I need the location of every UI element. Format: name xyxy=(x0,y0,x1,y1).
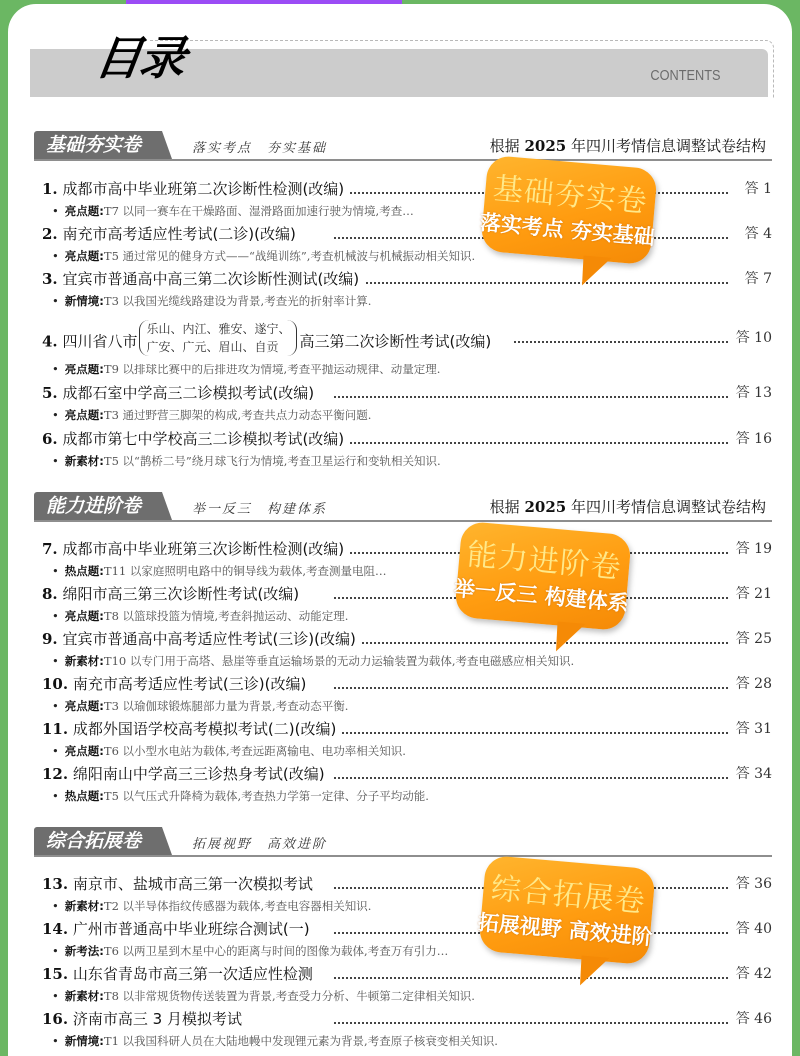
item-title: 10. 南充市高考适应性考试(三诊)(改编) xyxy=(42,673,312,695)
item-title-text: 广州市普通高中毕业班综合测试(一) xyxy=(73,920,310,938)
item-number: 16. xyxy=(42,1010,68,1028)
item-title: 5. 成都石室中学高三二诊模拟考试(改编) xyxy=(42,382,320,404)
item-title: 16. 济南市高三 3 月模拟考试 xyxy=(42,1008,248,1030)
answer-page-ref: 答 42 xyxy=(732,963,772,985)
toc-item[interactable]: 13. 南京市、盐城市高三第一次模拟考试 答 36 xyxy=(34,873,772,895)
answer-page-ref: 答 21 xyxy=(732,583,772,605)
answer-page-ref: 答 4 xyxy=(732,223,772,245)
item-title-text: 山东省青岛市高三第一次适应性检测 xyxy=(73,965,313,983)
section-header-comprehensive: 综合拓展卷 拓展视野 高效进阶 xyxy=(34,827,772,857)
item-note: •亮点题:T3 通过野营三脚架的构成,考查共点力动态平衡问题. xyxy=(52,405,371,425)
note-text: T2 以半导体指纹传感器为载体,考查电容器相关知识. xyxy=(104,899,371,913)
note-label: 亮点题: xyxy=(65,699,104,713)
leader-dots xyxy=(334,396,728,398)
note-text: T3 以我国光缆线路建设为背景,考查光的折射率计算. xyxy=(104,294,371,308)
bullet: • xyxy=(52,564,59,578)
item-number: 2. xyxy=(42,225,58,243)
item-title: 6. 成都市第七中学校高三二诊模拟考试(改编) xyxy=(42,428,350,450)
note-label: 新情境: xyxy=(65,1034,104,1048)
item-title-text: 济南市高三 3 月模拟考试 xyxy=(73,1010,242,1028)
item-title: 9. 宜宾市普通高中高考适应性考试(三诊)(改编) xyxy=(42,628,362,650)
item-title: 14. 广州市普通高中毕业班综合测试(一) xyxy=(42,918,316,940)
toc-item[interactable]: 10. 南充市高考适应性考试(三诊)(改编) 答 28 xyxy=(34,673,772,695)
note-text: T5 以气压式升降椅为载体,考查热力学第一定律、分子平均动能. xyxy=(104,789,429,803)
item-title-text: 成都外国语学校高考模拟考试(二)(改编) xyxy=(73,720,336,738)
page-header: 目录 CONTENTS xyxy=(30,48,772,98)
leader-dots xyxy=(334,282,728,284)
bullet: • xyxy=(52,408,59,422)
toc-item[interactable]: 12. 绵阳南山中学高三三诊热身考试(改编) 答 34 xyxy=(34,763,772,785)
item-note: •亮点题:T7 以同一赛车在干燥路面、湿滑路面加速行驶为情境,考查… xyxy=(52,201,414,221)
item-title: 4. 四川省八市乐山、内江、雅安、遂宁、广安、广元、眉山、自贡高三第二次诊断性考… xyxy=(42,320,497,364)
leader-dots xyxy=(334,1022,728,1024)
item-title: 8. 绵阳市高三第三次诊断性考试(改编) xyxy=(42,583,305,605)
item-title-text: 宜宾市普通高中高三第二次诊断性测试(改编) xyxy=(62,270,359,288)
answer-page-ref: 答 31 xyxy=(732,718,772,740)
toc-item[interactable]: 15. 山东省青岛市高三第一次适应性检测 答 42 xyxy=(34,963,772,985)
note-text: T9 以排球比赛中的后排进攻为情境,考查平抛运动规律、动量定理. xyxy=(104,362,440,376)
item-title-text: 南京市、盐城市高三第一次模拟考试 xyxy=(73,875,313,893)
item-note: •新情境:T1 以我国科研人员在大陆地幔中发现锂元素为背景,考查原子核衰变相关知… xyxy=(52,1031,498,1051)
bullet: • xyxy=(52,654,59,668)
leader-dots xyxy=(334,777,728,779)
item-note: •亮点题:T6 以小型水电站为载体,考查远距离输电、电功率相关知识. xyxy=(52,741,406,761)
answer-page-ref: 答 13 xyxy=(732,382,772,404)
contents-page: 目录 CONTENTS 基础夯实卷 落实考点 夯实基础 根据 2025 年四川考… xyxy=(8,4,792,1056)
leader-dots xyxy=(334,687,728,689)
item-number: 1. xyxy=(42,180,58,198)
item-note: •新素材:T8 以非常规货物传送装置为背景,考查受力分析、牛顿第二定律相关知识. xyxy=(52,986,475,1006)
answer-page-ref: 答 40 xyxy=(732,918,772,940)
note-text: T3 通过野营三脚架的构成,考查共点力动态平衡问题. xyxy=(104,408,371,422)
item-title-text: 成都市高中毕业班第二次诊断性检测(改编) xyxy=(62,180,344,198)
item-number: 11. xyxy=(42,720,68,738)
bullet: • xyxy=(52,249,59,263)
city-list-line: 乐山、内江、雅安、遂宁、 xyxy=(146,322,290,336)
answer-page-ref: 答 1 xyxy=(732,178,772,200)
section-tag: 综合拓展卷 xyxy=(34,827,172,855)
item-title-text: 成都石室中学高三二诊模拟考试(改编) xyxy=(62,384,314,402)
item-note: •新素材:T10 以专门用于高塔、悬崖等垂直运输场景的无动力运输装置为载体,考查… xyxy=(52,651,574,671)
item-note: •亮点题:T3 以瑜伽球锻炼腿部力量为背景,考查动态平衡. xyxy=(52,696,348,716)
item-note: •新素材:T5 以“鹊桥二号”绕月球飞行为情境,考查卫星运行和变轨相关知识. xyxy=(52,451,441,471)
item-title: 7. 成都市高中毕业班第三次诊断性检测(改编) xyxy=(42,538,350,560)
answer-page-ref: 答 25 xyxy=(732,628,772,650)
item-number: 10. xyxy=(42,675,68,693)
bullet: • xyxy=(52,362,59,376)
item-note: •新情境:T3 以我国光缆线路建设为背景,考查光的折射率计算. xyxy=(52,291,371,311)
section-tag: 基础夯实卷 xyxy=(34,131,172,159)
answer-page-ref: 答 7 xyxy=(732,268,772,290)
note-label: 亮点题: xyxy=(65,609,104,623)
toc-item[interactable]: 6. 成都市第七中学校高三二诊模拟考试(改编) 答 16 xyxy=(34,428,772,450)
toc-item[interactable]: 14. 广州市普通高中毕业班综合测试(一) 答 40 xyxy=(34,918,772,940)
city-list-paren: 乐山、内江、雅安、遂宁、广安、广元、眉山、自贡 xyxy=(139,320,297,364)
item-note: •新考法:T6 以两卫星到木星中心的距离与时间的图像为载体,考查万有引力… xyxy=(52,941,448,961)
bullet: • xyxy=(52,294,59,308)
note-label: 热点题: xyxy=(65,564,104,578)
item-title-text: 南充市高考适应性考试(三诊)(改编) xyxy=(73,675,306,693)
item-number: 5. xyxy=(42,384,58,402)
item-title: 12. 绵阳南山中学高三三诊热身考试(改编) xyxy=(42,763,331,785)
toc-item[interactable]: 9. 宜宾市普通高中高考适应性考试(三诊)(改编) 答 25 xyxy=(34,628,772,650)
item-note: •新素材:T2 以半导体指纹传感器为载体,考查电容器相关知识. xyxy=(52,896,371,916)
bullet: • xyxy=(52,699,59,713)
item-title: 2. 南充市高考适应性考试(二诊)(改编) xyxy=(42,223,302,245)
leader-dots xyxy=(334,442,728,444)
item-number: 12. xyxy=(42,765,68,783)
note-text: T8 以篮球投篮为情境,考查斜抛运动、动能定理. xyxy=(104,609,348,623)
section-note: 根据 2025 年四川考情信息调整试卷结构 xyxy=(490,496,766,517)
note-label: 新素材: xyxy=(65,899,104,913)
item-title-text: 高三第二次诊断性考试(改编) xyxy=(299,333,491,351)
toc-item[interactable]: 5. 成都石室中学高三二诊模拟考试(改编) 答 13 xyxy=(34,382,772,404)
item-number: 9. xyxy=(42,630,58,648)
note-suffix: 年四川考情信息调整试卷结构 xyxy=(571,137,766,155)
bullet: • xyxy=(52,989,59,1003)
bullet: • xyxy=(52,899,59,913)
section-slogan: 落实考点 夯实基础 xyxy=(192,137,327,156)
item-title-text: 成都市第七中学校高三二诊模拟考试(改编) xyxy=(62,430,344,448)
item-title-text: 绵阳市高三第三次诊断性考试(改编) xyxy=(62,585,299,603)
note-year: 2025 xyxy=(524,137,566,155)
item-number: 8. xyxy=(42,585,58,603)
toc-item[interactable]: 3. 宜宾市普通高中高三第二次诊断性测试(改编) 答 7 xyxy=(34,268,772,290)
bullet: • xyxy=(52,744,59,758)
note-label: 新素材: xyxy=(65,454,104,468)
section-slogan: 举一反三 构建体系 xyxy=(192,498,327,517)
item-title-text: 绵阳南山中学高三三诊热身考试(改编) xyxy=(73,765,325,783)
promo-bubble-advanced: 能力进阶卷 举一反三 构建体系 xyxy=(454,521,632,631)
note-text: T3 以瑜伽球锻炼腿部力量为背景,考查动态平衡. xyxy=(104,699,348,713)
bullet: • xyxy=(52,204,59,218)
toc-item[interactable]: 16. 济南市高三 3 月模拟考试 答 46 xyxy=(34,1008,772,1030)
leader-dots xyxy=(334,642,728,644)
note-label: 亮点题: xyxy=(65,204,104,218)
note-text: T10 以专门用于高塔、悬崖等垂直运输场景的无动力运输装置为载体,考查电磁感应相… xyxy=(104,654,574,668)
note-label: 新考法: xyxy=(65,944,104,958)
item-title-text: 南充市高考适应性考试(二诊)(改编) xyxy=(62,225,295,243)
item-number: 3. xyxy=(42,270,58,288)
item-title: 13. 南京市、盐城市高三第一次模拟考试 xyxy=(42,873,319,895)
note-text: T1 以我国科研人员在大陆地幔中发现锂元素为背景,考查原子核衰变相关知识. xyxy=(104,1034,498,1048)
section-tag: 能力进阶卷 xyxy=(34,492,172,520)
promo-bubble-comprehensive: 综合拓展卷 拓展视野 高效进阶 xyxy=(478,855,656,965)
item-note: •亮点题:T5 通过常见的健身方式——“战绳训练”,考查机械波与机械振动相关知识… xyxy=(52,246,475,266)
note-label: 新素材: xyxy=(65,989,104,1003)
promo-bubble-basic: 基础夯实卷 落实考点 夯实基础 xyxy=(480,155,658,265)
leader-dots xyxy=(334,732,728,734)
note-year: 2025 xyxy=(524,498,566,516)
item-note: •热点题:T5 以气压式升降椅为载体,考查热力学第一定律、分子平均动能. xyxy=(52,786,429,806)
item-title: 11. 成都外国语学校高考模拟考试(二)(改编) xyxy=(42,718,342,740)
bullet: • xyxy=(52,454,59,468)
section-header-advanced: 能力进阶卷 举一反三 构建体系 根据 2025 年四川考情信息调整试卷结构 xyxy=(34,492,772,522)
note-text: T5 通过常见的健身方式——“战绳训练”,考查机械波与机械振动相关知识. xyxy=(104,249,475,263)
city-list-line: 广安、广元、眉山、自贡 xyxy=(146,340,278,354)
note-text: T5 以“鹊桥二号”绕月球飞行为情境,考查卫星运行和变轨相关知识. xyxy=(104,454,441,468)
toc-item[interactable]: 7. 成都市高中毕业班第三次诊断性检测(改编) 答 19 xyxy=(34,538,772,560)
note-label: 新情境: xyxy=(65,294,104,308)
item-title-text: 四川省八市 xyxy=(62,333,137,351)
section-slogan: 拓展视野 高效进阶 xyxy=(192,833,327,852)
item-number: 15. xyxy=(42,965,68,983)
bullet: • xyxy=(52,1034,59,1048)
answer-page-ref: 答 16 xyxy=(732,428,772,450)
note-text: T8 以非常规货物传送装置为背景,考查受力分析、牛顿第二定律相关知识. xyxy=(104,989,475,1003)
item-title: 1. 成都市高中毕业班第二次诊断性检测(改编) xyxy=(42,178,350,200)
note-label: 亮点题: xyxy=(65,249,104,263)
item-number: 14. xyxy=(42,920,68,938)
bullet: • xyxy=(52,609,59,623)
note-text: T6 以小型水电站为载体,考查远距离输电、电功率相关知识. xyxy=(104,744,406,758)
section-header-basic: 基础夯实卷 落实考点 夯实基础 根据 2025 年四川考情信息调整试卷结构 xyxy=(34,131,772,161)
item-title: 3. 宜宾市普通高中高三第二次诊断性测试(改编) xyxy=(42,268,365,290)
note-label: 亮点题: xyxy=(65,744,104,758)
item-note: •热点题:T11 以家庭照明电路中的铜导线为载体,考查测量电阻… xyxy=(52,561,387,581)
answer-page-ref: 答 19 xyxy=(732,538,772,560)
item-number: 6. xyxy=(42,430,58,448)
item-note: •亮点题:T8 以篮球投篮为情境,考查斜抛运动、动能定理. xyxy=(52,606,348,626)
answer-page-ref: 答 36 xyxy=(732,873,772,895)
note-label: 热点题: xyxy=(65,789,104,803)
item-title-text: 成都市高中毕业班第三次诊断性检测(改编) xyxy=(62,540,344,558)
toc-item[interactable]: 11. 成都外国语学校高考模拟考试(二)(改编) 答 31 xyxy=(34,718,772,740)
note-prefix: 根据 xyxy=(490,137,520,155)
answer-page-ref: 答 28 xyxy=(732,673,772,695)
leader-dots xyxy=(514,341,728,343)
bullet: • xyxy=(52,789,59,803)
note-text: T11 以家庭照明电路中的铜导线为载体,考查测量电阻… xyxy=(104,564,387,578)
item-number: 4. xyxy=(42,333,58,351)
toc-item[interactable]: 8. 绵阳市高三第三次诊断性考试(改编) 答 21 xyxy=(34,583,772,605)
answer-page-ref: 答 34 xyxy=(732,763,772,785)
note-label: 新素材: xyxy=(65,654,104,668)
bullet: • xyxy=(52,944,59,958)
note-prefix: 根据 xyxy=(490,498,520,516)
note-text: T7 以同一赛车在干燥路面、湿滑路面加速行驶为情境,考查… xyxy=(104,204,414,218)
item-title: 15. 山东省青岛市高三第一次适应性检测 xyxy=(42,963,319,985)
note-suffix: 年四川考情信息调整试卷结构 xyxy=(571,498,766,516)
answer-page-ref: 答 10 xyxy=(732,320,772,356)
item-title-text: 宜宾市普通高中高考适应性考试(三诊)(改编) xyxy=(62,630,355,648)
leader-dots xyxy=(334,977,728,979)
page-title: 目录 xyxy=(91,22,188,88)
note-label: 亮点题: xyxy=(65,362,104,376)
toc-item[interactable]: 4. 四川省八市乐山、内江、雅安、遂宁、广安、广元、眉山、自贡高三第二次诊断性考… xyxy=(34,320,772,356)
note-label: 亮点题: xyxy=(65,408,104,422)
page-subtitle: CONTENTS xyxy=(650,67,720,84)
toc-item[interactable]: 1. 成都市高中毕业班第二次诊断性检测(改编) 答 1 xyxy=(34,178,772,200)
toc-item[interactable]: 2. 南充市高考适应性考试(二诊)(改编) 答 4 xyxy=(34,223,772,245)
item-number: 7. xyxy=(42,540,58,558)
note-text: T6 以两卫星到木星中心的距离与时间的图像为载体,考查万有引力… xyxy=(104,944,448,958)
answer-page-ref: 答 46 xyxy=(732,1008,772,1030)
item-number: 13. xyxy=(42,875,68,893)
section-note: 根据 2025 年四川考情信息调整试卷结构 xyxy=(490,135,766,156)
